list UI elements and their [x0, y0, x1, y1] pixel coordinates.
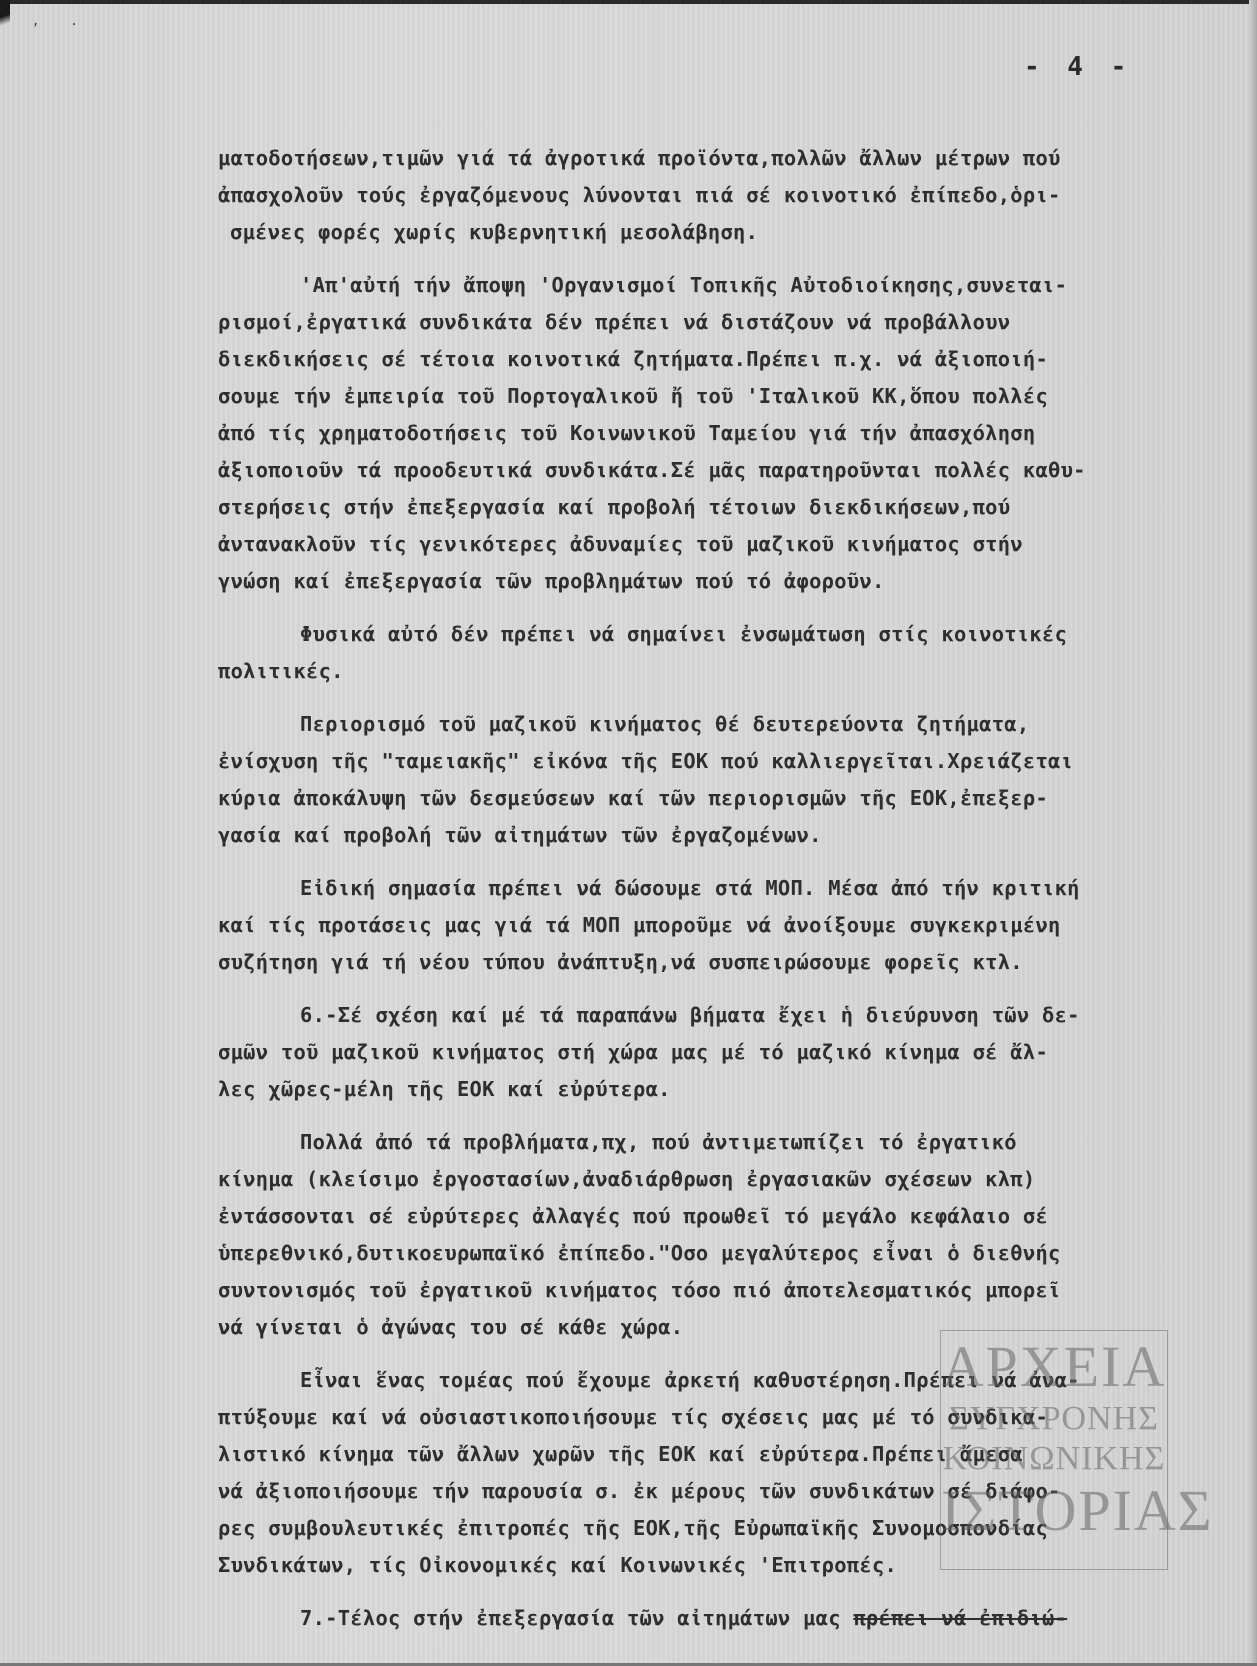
scan-top-edge [0, 0, 1257, 4]
text-line: καί τίς προτάσεις μας γιά τά ΜΟΠ μποροῦμ… [218, 907, 1238, 944]
text-line: κύρια ἀποκάλυψη τῶν δεσμεύσεων καί τῶν π… [218, 780, 1238, 817]
paragraph-first-line: 'Απ'αὐτή τήν ἄποψη 'Οργανισμοί Τοπικῆς Α… [218, 267, 1238, 304]
text-line: ἀπό τίς χρηματοδοτήσεις τοῦ Κοινωνικοῦ Τ… [218, 415, 1238, 452]
paragraph-first-line: Πολλά ἀπό τά προβλήματα,πχ, πού ἀντιμετω… [218, 1124, 1238, 1161]
document-body: ματοδοτήσεων,τιμῶν γιά τά ἀγροτικά προϊό… [218, 140, 1238, 1637]
text-line: πολιτικές. [218, 653, 1238, 690]
text-line: σουμε τήν ἐμπειρία τοῦ Πορτογαλικοῦ ἤ το… [218, 378, 1238, 415]
scan-corner-shadow [0, 0, 10, 40]
text-line: ἀπασχολοῦν τούς ἐργαζόμενους λύνονται πι… [218, 177, 1238, 214]
paragraph-first-line: Εἰδική σημασία πρέπει νά δώσουμε στά ΜΟΠ… [218, 870, 1238, 907]
paragraph-first-line: Φυσικά αὐτό δέν πρέπει νά σημαίνει ἐνσωμ… [218, 616, 1238, 653]
text-line: ματοδοτήσεων,τιμῶν γιά τά ἀγροτικά προϊό… [218, 140, 1238, 177]
text-line: λιστικό κίνημα τῶν ἄλλων χωρῶν τῆς ΕΟΚ κ… [218, 1436, 1238, 1473]
text-line: κίνημα (κλείσιμο ἐργοστασίων,ἀναδιάρθρωσ… [218, 1161, 1238, 1198]
text-line: νά γίνεται ὁ ἀγώνας του σέ κάθε χώρα. [218, 1309, 1238, 1346]
text-line: συζήτηση γιά τή νέου τύπου ἀνάπτυξη,νά σ… [218, 944, 1238, 981]
paragraph-first-line: Περιορισμό τοῦ μαζικοῦ κινήματος θέ δευτ… [218, 706, 1238, 743]
text-line: ὑπερεθνικό,δυτικοευρωπαϊκό ἐπίπεδο."Οσο … [218, 1235, 1238, 1272]
document-page: , . - 4 - ματοδοτήσεων,τιμῶν γιά τά ἀγρο… [0, 0, 1257, 1666]
text-segment: 7.-Τέλος στήν ἐπεξεργασία τῶν αἰτημάτων … [300, 1606, 853, 1630]
text-line: ρες συμβουλευτικές ἐπιτροπές τῆς ΕΟΚ,τῆς… [218, 1510, 1238, 1547]
text-line: γνώση καί ἐπεξεργασία τῶν προβλημάτων πο… [218, 563, 1238, 600]
corner-marks: , . [32, 14, 90, 28]
text-line: Συνδικάτων, τίς Οἰκονομικές καί Κοινωνικ… [218, 1547, 1238, 1584]
text-line: ρισμοί,ἐργατικά συνδικάτα δέν πρέπει νά … [218, 304, 1238, 341]
text-line: πτύξουμε καί νά οὐσιαστικοποιήσουμε τίς … [218, 1399, 1238, 1436]
text-line: ἀντανακλοῦν τίς γενικότερες ἀδυναμίες το… [218, 526, 1238, 563]
text-line: λες χῶρες-μέλη τῆς ΕΟΚ καί εὐρύτερα. [218, 1071, 1238, 1108]
numbered-point-6: 6.-Σέ σχέση καί μέ τά παραπάνω βήματα ἔχ… [218, 997, 1238, 1034]
text-line: διεκδικήσεις σέ τέτοια κοινοτικά ζητήματ… [218, 341, 1238, 378]
struck-through-text: πρέπει νά ἐπιδιώ- [853, 1606, 1067, 1630]
text-line: σμένες φορές χωρίς κυβερνητική μεσολάβησ… [218, 214, 1238, 251]
scan-right-edge [1249, 0, 1257, 1666]
text-line: συντονισμός τοῦ ἐργατικοῦ κινήματος τόσο… [218, 1272, 1238, 1309]
text-line: ἀξιοποιοῦν τά προοδευτικά συνδικάτα.Σέ μ… [218, 452, 1238, 489]
text-line: νά ἀξιοποιήσουμε τήν παρουσία σ. ἐκ μέρο… [218, 1473, 1238, 1510]
paragraph-first-line: Εἶναι ἕνας τομέας πού ἔχουμε ἀρκετή καθυ… [218, 1362, 1238, 1399]
text-line: γασία καί προβολή τῶν αἰτημάτων τῶν ἐργα… [218, 817, 1238, 854]
numbered-point-7: 7.-Τέλος στήν ἐπεξεργασία τῶν αἰτημάτων … [218, 1600, 1238, 1637]
text-line: ἐνίσχυση τῆς "ταμειακῆς" εἰκόνα τῆς ΕΟΚ … [218, 743, 1238, 780]
page-number: - 4 - [1024, 52, 1132, 82]
text-line: σμῶν τοῦ μαζικοῦ κινήματος στή χώρα μας … [218, 1034, 1238, 1071]
text-line: στερήσεις στήν ἐπεξεργασία καί προβολή τ… [218, 489, 1238, 526]
text-line: ἐντάσσονται σέ εὐρύτερες ἀλλαγές πού προ… [218, 1198, 1238, 1235]
